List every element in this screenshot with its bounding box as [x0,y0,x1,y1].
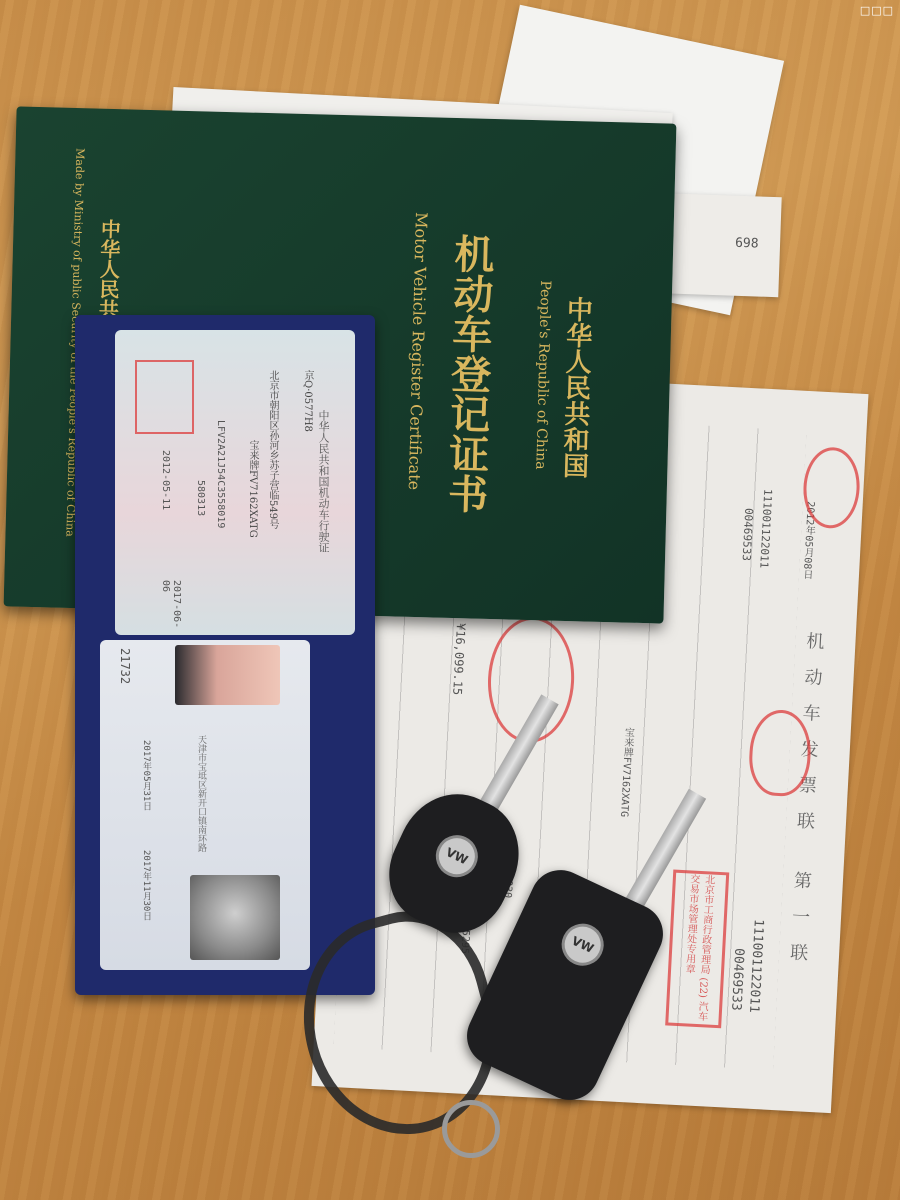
vehicle-license-card: 中华人民共和国机动车行驶证 京Q·0577H8 北京市朝阳区孙河乡苏子营临549… [115,330,355,635]
vehicle-vin: LFV2A21J54C3558019 [215,420,226,528]
driver-issue-date: 2017年05月31日 [140,740,153,810]
driver-valid-date: 2017年11月30日 [140,850,153,920]
market-stamp: 北京市工商行政管理局 (22) 汽车交易市场管理处专用章 [665,870,729,1029]
driver-license-card: 21732 天津市宝坻区新开口镇南环路 2017年05月31日 2017年11月… [100,640,310,970]
country-cn: 中华人民共和国 [555,296,597,479]
driver-license-number: 21732 [118,648,132,684]
driver-address: 天津市宝坻区新开口镇南环路 [195,735,208,852]
license-wallet: 中华人民共和国机动车行驶证 京Q·0577H8 北京市朝阳区孙河乡苏子营临549… [75,315,375,995]
country-en: People's Republic of China [532,280,553,470]
booklet-title-en: Motor Vehicle Register Certificate [405,212,431,491]
vw-logo-icon: VW [429,828,485,884]
vehicle-model: 宝来牌FV7162XATG [245,440,260,538]
watermark: □□□ [860,4,894,17]
key-ring [442,1100,500,1158]
round-stamp [801,446,861,530]
vehicle-register-date: 2012-05-11 [160,450,171,510]
vehicle-address: 北京市朝阳区孙河乡苏子营临549号 [265,370,280,529]
vw-logo-icon-2: VW [555,917,611,973]
market-stamp-text: 北京市工商行政管理局 (22) 汽车交易市场管理处专用章 [678,873,716,1024]
police-stamp [135,360,194,434]
vehicle-issue-date: 2017-06-06 [160,580,182,635]
driver-photo-gray [190,875,280,960]
invoice-number-top: 00469533 [740,508,756,562]
stub-number: 698 [735,236,759,252]
vehicle-engine: 580313 [195,480,206,516]
vehicle-license-title: 中华人民共和国机动车行驶证 [315,410,331,553]
vehicle-plate: 京Q·0577H8 [300,370,315,432]
driver-photo-color [175,645,280,705]
booklet-title-cn: 机动车登记证书 [436,233,500,514]
